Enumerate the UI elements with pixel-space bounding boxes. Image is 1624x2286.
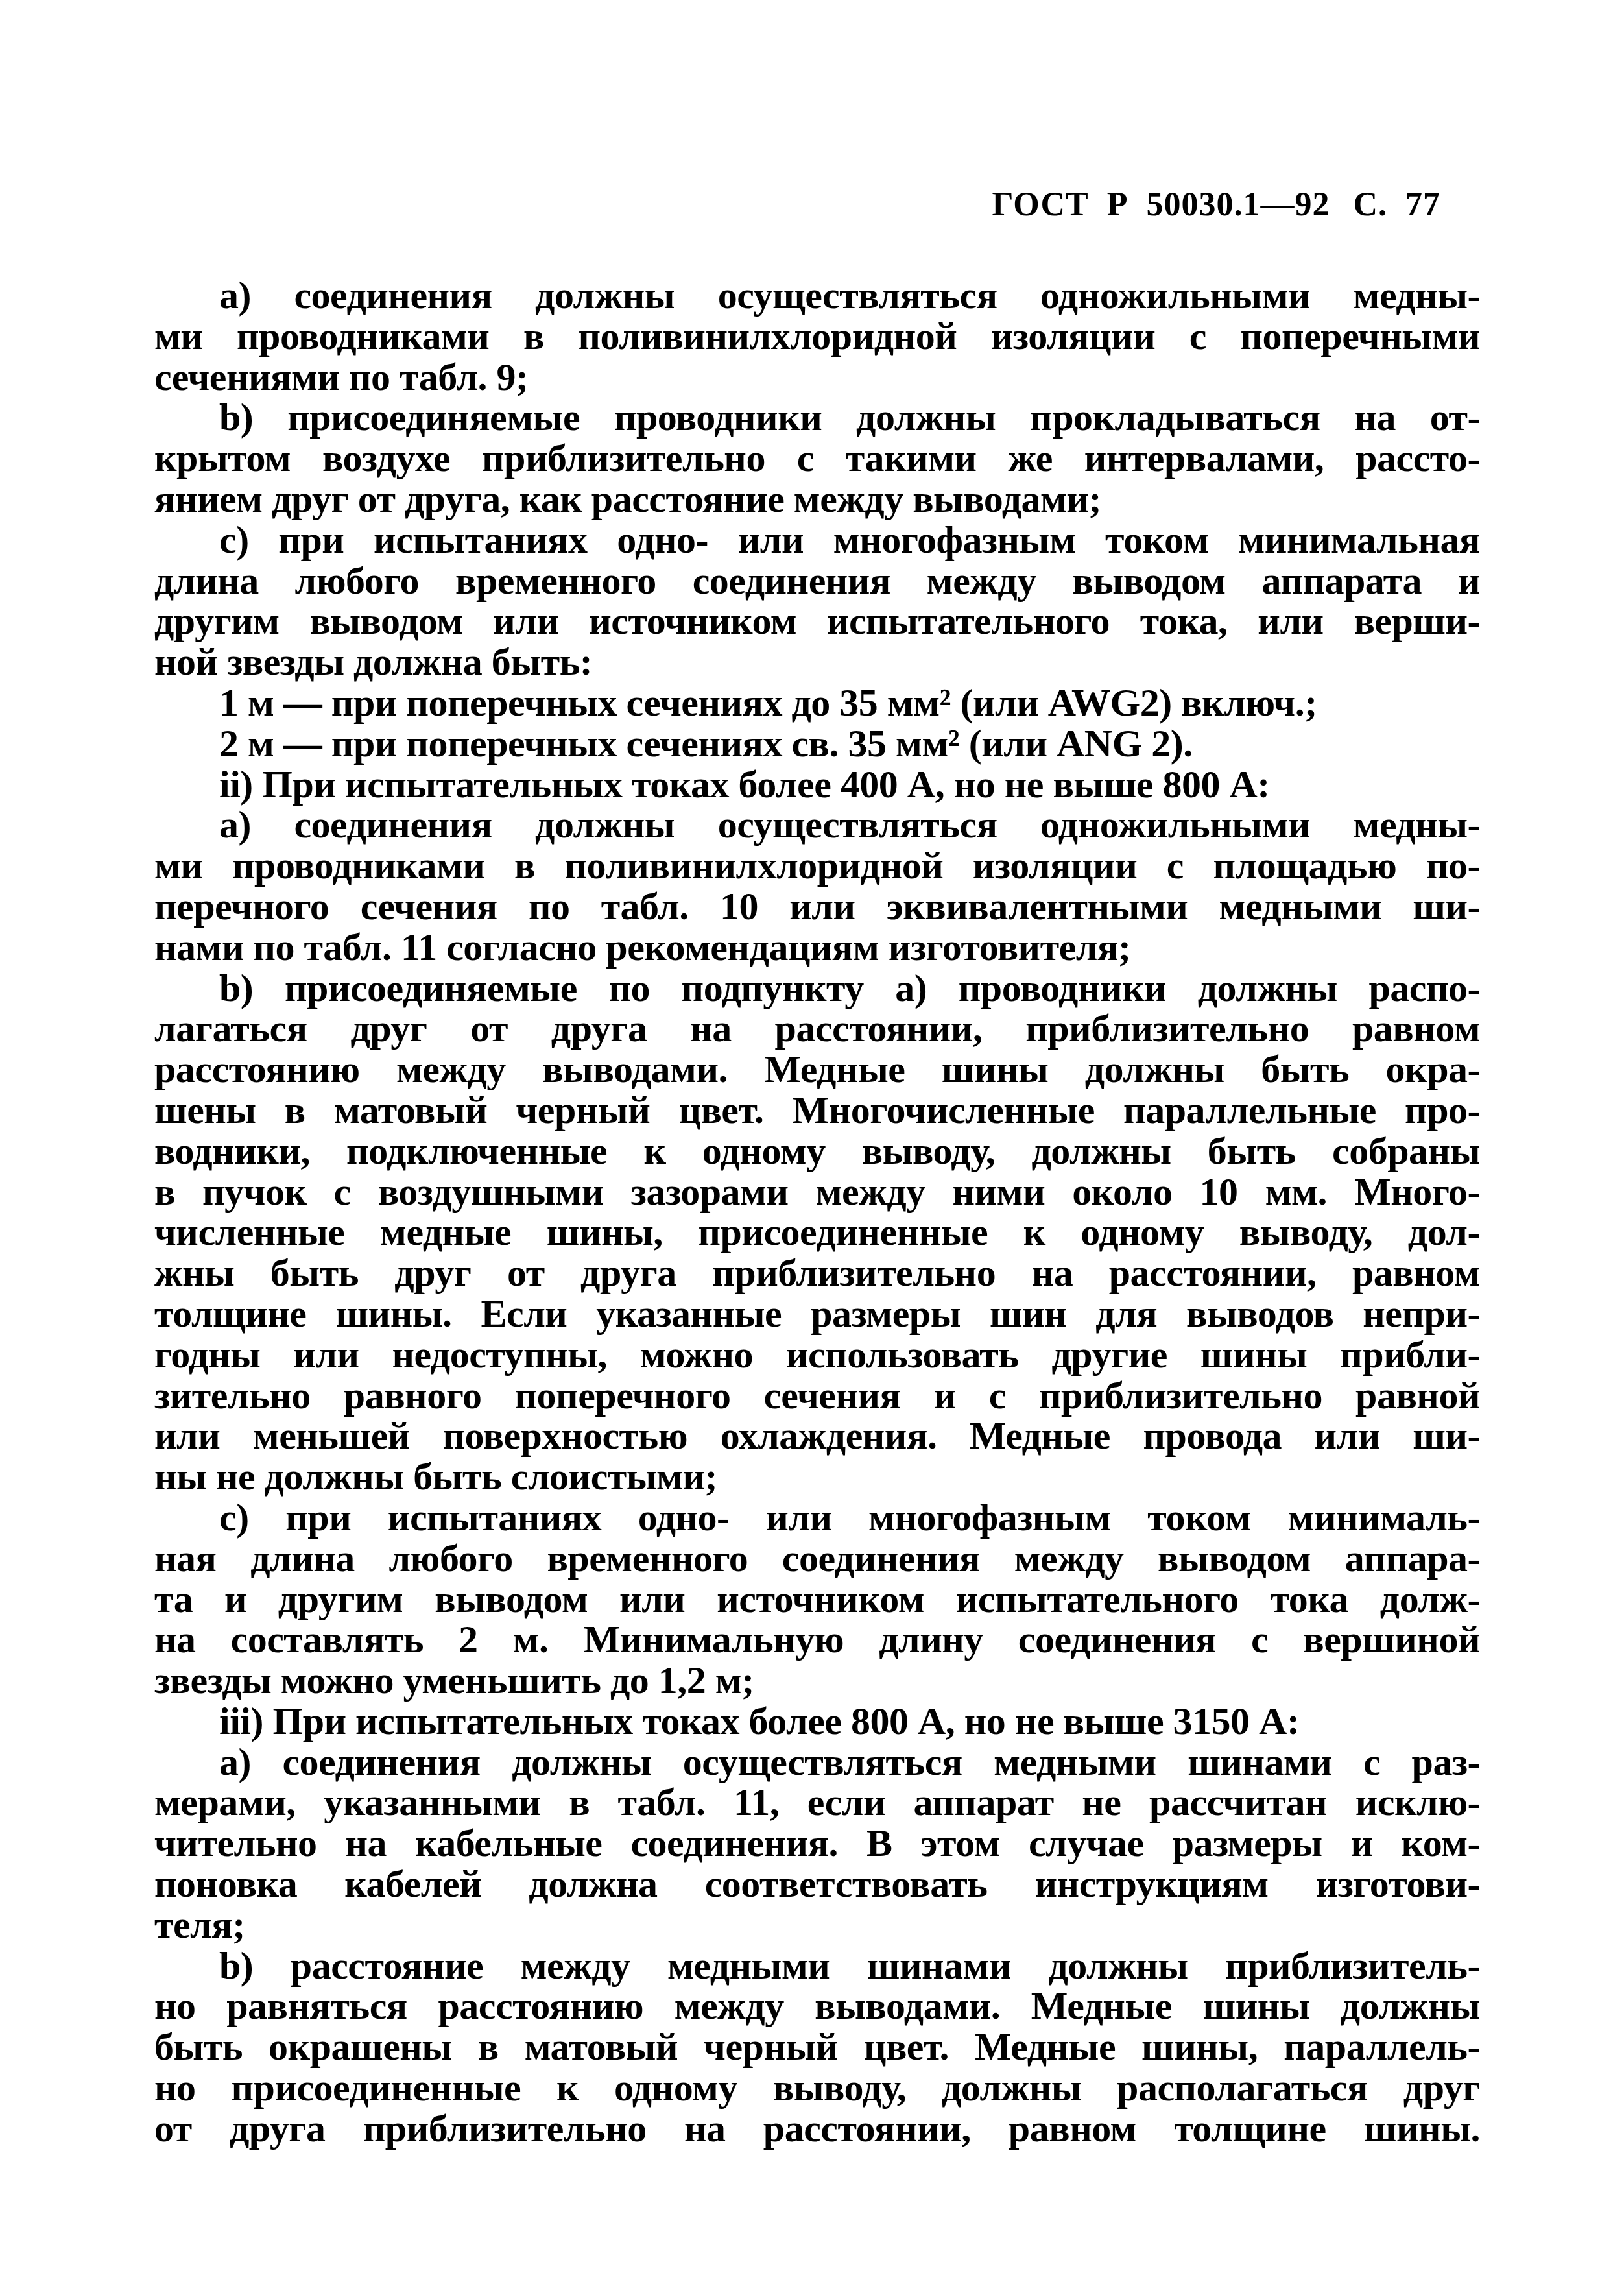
text-line: водники, подключенные к одному выводу, д… <box>154 1131 1480 1172</box>
page-header: ГОСТ Р 50030.1—92 С. 77 <box>992 186 1440 224</box>
paragraph: с) при испытаниях одно- или многофазным … <box>154 1497 1480 1701</box>
text-line: ми проводниками в поливинилхлоридной изо… <box>154 845 1480 886</box>
text-line: 1 м — при поперечных сечениях до 35 мм² … <box>154 682 1480 723</box>
text-line: крытом воздухе приблизительно с такими ж… <box>154 438 1480 479</box>
text-line: или меньшей поверхностью охлаждения. Мед… <box>154 1415 1480 1456</box>
text-line: но присоединенные к одному выводу, должн… <box>154 2067 1480 2108</box>
text-line: ная длина любого временного соединения м… <box>154 1538 1480 1579</box>
text-line: сечениями по табл. 9; <box>154 357 1480 398</box>
text-line: ми проводниками в поливинилхлоридной изо… <box>154 316 1480 357</box>
text-line: чительно на кабельные соединения. В этом… <box>154 1823 1480 1864</box>
text-line: годны или недоступны, можно использовать… <box>154 1334 1480 1375</box>
text-line: с) при испытаниях одно- или многофазным … <box>154 1497 1480 1538</box>
text-line: от друга приблизительно на расстоянии, р… <box>154 2108 1480 2149</box>
text-line: мерами, указанными в табл. 11, если аппа… <box>154 1782 1480 1823</box>
text-line: лагаться друг от друга на расстоянии, пр… <box>154 1008 1480 1049</box>
text-line: с) при испытаниях одно- или многофазным … <box>154 520 1480 560</box>
text-line: b) расстояние между медными шинами должн… <box>154 1945 1480 1986</box>
text-line: теля; <box>154 1905 1480 1945</box>
paragraph: ii) При испытательных токах более 400 А,… <box>154 764 1480 805</box>
text-line: шены в матовый черный цвет. Многочисленн… <box>154 1090 1480 1131</box>
paragraph: а) соединения должны осуществляться одно… <box>154 804 1480 967</box>
text-line: но равняться расстоянию между выводами. … <box>154 1986 1480 2027</box>
text-line: iii) При испытательных токах более 800 А… <box>154 1701 1480 1742</box>
text-line: звезды можно уменьшить до 1,2 м; <box>154 1660 1480 1701</box>
text-line: быть окрашены в матовый черный цвет. Мед… <box>154 2027 1480 2067</box>
paragraph: 2 м — при поперечных сечениях св. 35 мм²… <box>154 723 1480 764</box>
text-line: численные медные шины, присоединенные к … <box>154 1212 1480 1253</box>
paragraph: iii) При испытательных токах более 800 А… <box>154 1701 1480 1742</box>
paragraph: b) расстояние между медными шинами должн… <box>154 1945 1480 2149</box>
text-line: та и другим выводом или источником испыт… <box>154 1579 1480 1620</box>
text-line: другим выводом или источником испытатель… <box>154 601 1480 642</box>
standard-number: ГОСТ Р 50030.1—92 <box>992 186 1330 224</box>
text-line: в пучок с воздушными зазорами между ними… <box>154 1172 1480 1212</box>
text-line: толщине шины. Если указанные размеры шин… <box>154 1293 1480 1334</box>
text-line: ной звезды должна быть: <box>154 642 1480 682</box>
paragraph: 1 м — при поперечных сечениях до 35 мм² … <box>154 682 1480 723</box>
text-line: b) присоединяемые проводники должны прок… <box>154 397 1480 438</box>
page-number: С. 77 <box>1353 186 1440 224</box>
text-line: перечного сечения по табл. 10 или эквива… <box>154 886 1480 927</box>
text-line: на составлять 2 м. Минимальную длину сое… <box>154 1619 1480 1660</box>
text-line: длина любого временного соединения между… <box>154 560 1480 601</box>
text-line: а) соединения должны осуществляться одно… <box>154 804 1480 845</box>
paragraph: b) присоединяемые проводники должны прок… <box>154 397 1480 519</box>
paragraph: b) присоединяемые по подпункту а) провод… <box>154 968 1480 1497</box>
text-line: а) соединения должны осуществляться медн… <box>154 1742 1480 1783</box>
text-line: b) присоединяемые по подпункту а) провод… <box>154 968 1480 1009</box>
text-line: жны быть друг от друга приблизительно на… <box>154 1253 1480 1293</box>
text-line: нами по табл. 11 согласно рекомендациям … <box>154 927 1480 968</box>
document-body: а) соединения должны осуществляться одно… <box>154 275 1480 2149</box>
text-line: ii) При испытательных токах более 400 А,… <box>154 764 1480 805</box>
text-line: янием друг от друга, как расстояние межд… <box>154 479 1480 520</box>
text-line: поновка кабелей должна соответствовать и… <box>154 1864 1480 1905</box>
paragraph: а) соединения должны осуществляться одно… <box>154 275 1480 397</box>
text-line: а) соединения должны осуществляться одно… <box>154 275 1480 316</box>
text-line: зительно равного поперечного сечения и с… <box>154 1375 1480 1416</box>
paragraph: а) соединения должны осуществляться медн… <box>154 1742 1480 1945</box>
text-line: ны не должны быть слоистыми; <box>154 1456 1480 1497</box>
paragraph: с) при испытаниях одно- или многофазным … <box>154 520 1480 682</box>
text-line: расстоянию между выводами. Медные шины д… <box>154 1049 1480 1090</box>
text-line: 2 м — при поперечных сечениях св. 35 мм²… <box>154 723 1480 764</box>
